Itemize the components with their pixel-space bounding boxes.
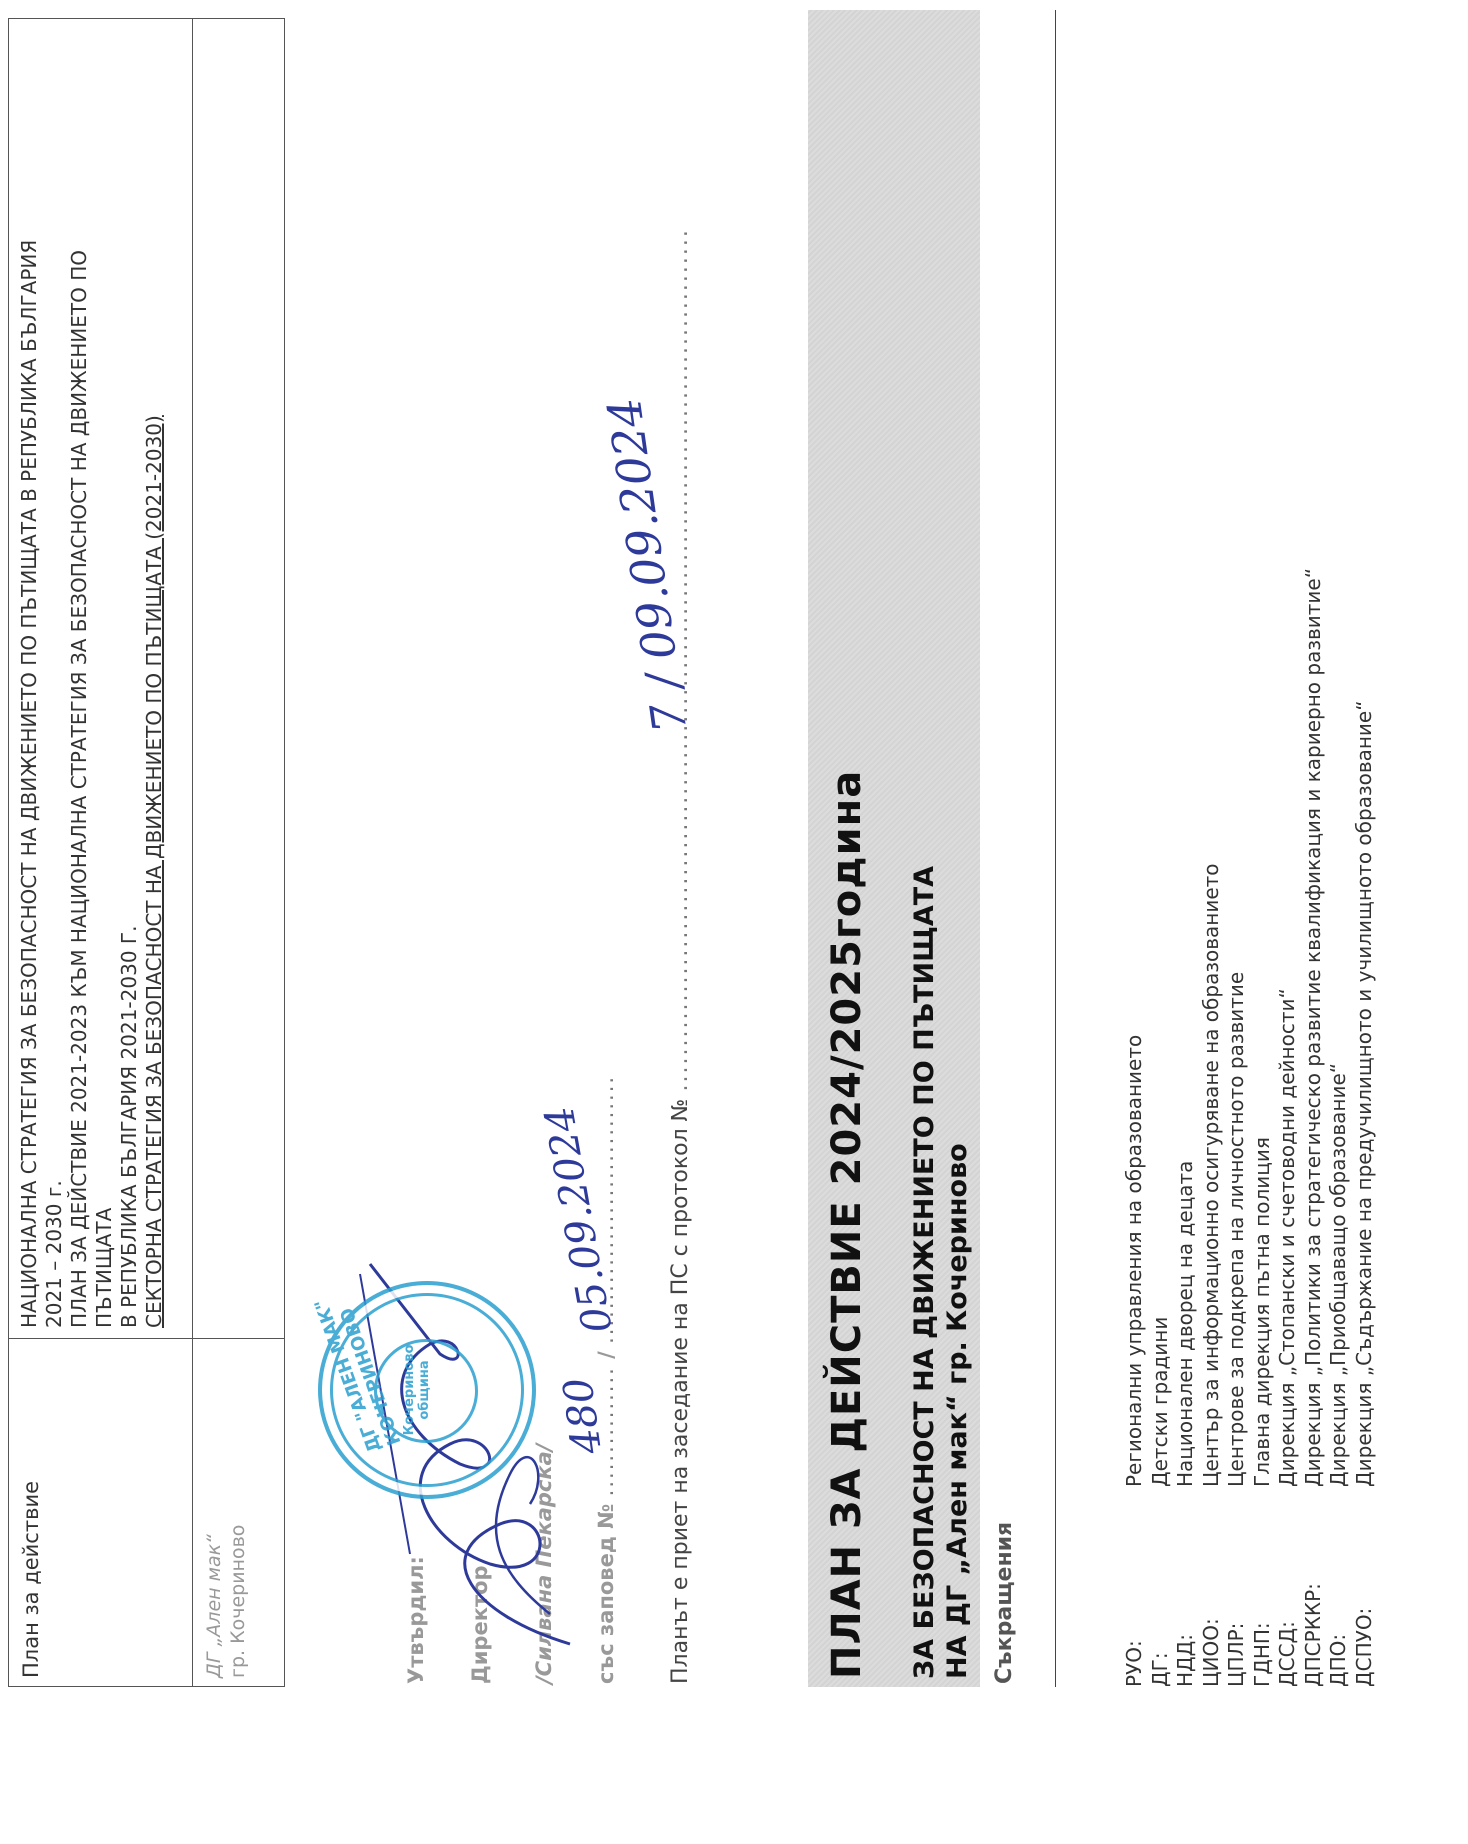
plan-title: ПЛАН ЗА ДЕЙСТВИЕ 2024/2025година xyxy=(824,770,870,1679)
strategy-line: 2021 – 2030 г. xyxy=(42,240,67,1328)
plan-subtitle-line: НА ДГ „Ален мак“ гр. Кочериново xyxy=(941,866,974,1679)
header-table: План за действие НАЦИОНАЛНА СТРАТЕГИЯ ЗА… xyxy=(8,18,285,1687)
list-item: РУО:Регионални управления на образование… xyxy=(1122,568,1148,1687)
abbreviation-meaning: Регионални управления на образованието xyxy=(1122,1035,1148,1487)
title-band: ПЛАН ЗА ДЕЙСТВИЕ 2024/2025година ЗА БЕЗО… xyxy=(808,10,980,1687)
abbreviation: ДССД: xyxy=(1275,1487,1301,1687)
table-row-divider xyxy=(192,19,193,1686)
list-item: ДССД:Дирекция „Стопански и счетоводни де… xyxy=(1275,568,1301,1687)
abbreviation-meaning: Национален дворец на децата xyxy=(1173,1161,1199,1487)
strategy-line: ПЛАН ЗА ДЕЙСТВИЕ 2021-2023 КЪМ НАЦИОНАЛН… xyxy=(67,240,92,1328)
strategy-line: ПЪТИЩАТА xyxy=(92,240,117,1328)
abbreviation: ДПСРККР: xyxy=(1301,1487,1327,1687)
list-item: ДСПУО:Дирекция „Съдържание на предучилищ… xyxy=(1352,568,1378,1687)
strategy-line: В РЕПУБЛИКА БЪЛГАРИЯ 2021-2030 Г. xyxy=(117,240,142,1328)
institution-line: ДГ „Ален мак“ xyxy=(202,1525,226,1678)
adoption-line: Планът е приет на заседание на ПС с прот… xyxy=(668,228,693,1684)
abbreviation-meaning: Главна дирекция пътна полиция xyxy=(1250,1137,1276,1487)
list-item: ЦИОО:Център за информационно осигуряване… xyxy=(1199,568,1225,1687)
official-stamp: ДГ "АЛЕН МАК" КОЧЕРИНОВО Кочериново общи… xyxy=(318,1281,536,1499)
list-item: ЦПЛР:Центрове за подкрепа на личностното… xyxy=(1224,568,1250,1687)
abbreviation-meaning: Центрове за подкрепа на личностното разв… xyxy=(1224,972,1250,1487)
strategy-line: НАЦИОНАЛНА СТРАТЕГИЯ ЗА БЕЗОПАСНОСТ НА Д… xyxy=(17,240,42,1328)
list-item: ДПО:Дирекция „Приобщаващо образование“ xyxy=(1326,568,1352,1687)
abbreviation: ДГ: xyxy=(1148,1487,1174,1687)
abbreviation: ДПО: xyxy=(1326,1487,1352,1687)
abbreviation: ДСПУО: xyxy=(1352,1487,1378,1687)
strategy-line: СЕКТОРНА СТРАТЕГИЯ ЗА БЕЗОПАСНОСТ НА ДВИ… xyxy=(142,240,167,1328)
order-label: със заповед № xyxy=(594,1504,618,1684)
abbreviation-meaning: Дирекция „Приобщаващо образование“ xyxy=(1326,1063,1352,1487)
abbreviation: РУО: xyxy=(1122,1487,1148,1687)
abbreviation-meaning: Център за информационно осигуряване на о… xyxy=(1199,863,1225,1487)
abbreviations-list: РУО:Регионални управления на образование… xyxy=(1122,568,1377,1687)
plan-subtitle-line: ЗА БЕЗОПАСНОСТ НА ДВИЖЕНИЕТО ПО ПЪТИЩАТА xyxy=(908,866,941,1679)
abbreviation-meaning: Дирекция „Съдържание на предучилищното и… xyxy=(1352,700,1378,1487)
abbreviations-heading: Съкращения xyxy=(992,1522,1017,1684)
scanned-document-page: План за действие НАЦИОНАЛНА СТРАТЕГИЯ ЗА… xyxy=(0,0,1468,1844)
list-item: ДПСРККР:Дирекция „Политики за стратегиче… xyxy=(1301,568,1327,1687)
list-item: ГДНП:Главна дирекция пътна полиция xyxy=(1250,568,1276,1687)
adoption-text: Планът е приет на заседание на ПС с прот… xyxy=(668,1098,693,1684)
order-separator: / xyxy=(594,1351,618,1359)
abbreviation-meaning: Дирекция „Стопански и счетоводни дейност… xyxy=(1275,988,1301,1487)
abbreviation: НДД: xyxy=(1173,1487,1199,1687)
abbreviation-meaning: Детски градини xyxy=(1148,1317,1174,1487)
list-item: ДГ:Детски градини xyxy=(1148,568,1174,1687)
stamp-inner-line: община xyxy=(417,1343,432,1437)
plan-subtitle: ЗА БЕЗОПАСНОСТ НА ДВИЖЕНИЕТО ПО ПЪТИЩАТА… xyxy=(908,866,974,1679)
table-column-divider xyxy=(9,1338,284,1339)
abbreviation: ЦПЛР: xyxy=(1224,1487,1250,1687)
strategy-references: НАЦИОНАЛНА СТРАТЕГИЯ ЗА БЕЗОПАСНОСТ НА Д… xyxy=(17,240,167,1328)
stamp-inner-line: Кочериново xyxy=(402,1343,417,1437)
institution-name: ДГ „Ален мак“ гр. Кочериново xyxy=(202,1525,250,1678)
abbreviation-meaning: Дирекция „Политики за стратегическо разв… xyxy=(1301,568,1327,1487)
abbreviation: ГДНП: xyxy=(1250,1487,1276,1687)
institution-town: гр. Кочериново xyxy=(226,1525,250,1678)
stamp-inner-text: Кочериново община xyxy=(402,1343,432,1437)
abbreviation: ЦИОО: xyxy=(1199,1487,1225,1687)
document-type-label: План за действие xyxy=(19,1481,43,1678)
section-divider xyxy=(1055,10,1056,1687)
list-item: НДД:Национален дворец на децата xyxy=(1173,568,1199,1687)
